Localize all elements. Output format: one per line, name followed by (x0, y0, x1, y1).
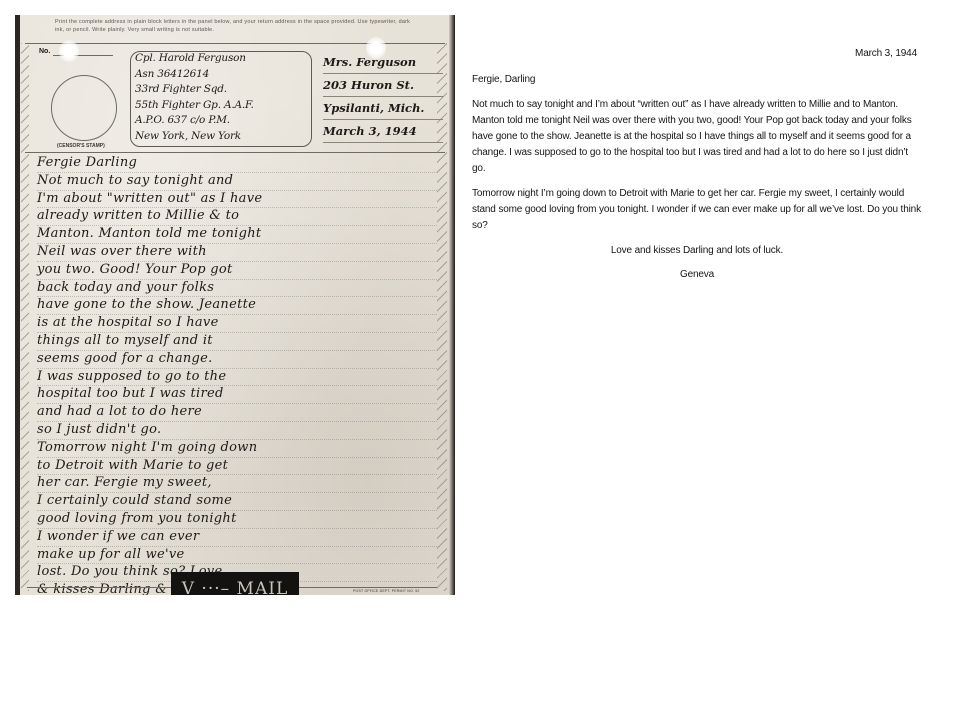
letter-date: March 3, 1944 (472, 46, 922, 62)
handwritten-line: have gone to the show. Jeanette (37, 297, 437, 315)
form-number-label: No. (39, 48, 50, 55)
recipient-address-line: A.P.O. 637 c/o P.M. (135, 113, 310, 129)
handwritten-line: hospital too but I was tired (37, 386, 437, 404)
letter-closing: Love and kisses Darling and lots of luck… (472, 243, 922, 259)
handwritten-line: I'm about "written out" as I have (37, 191, 437, 209)
handwritten-line: you two. Good! Your Pop got (37, 262, 437, 280)
sender-address: Mrs. Ferguson 203 Huron St. Ypsilanti, M… (323, 51, 443, 143)
tape-mark (59, 40, 79, 62)
handwritten-line: good loving from you tonight (37, 511, 437, 529)
handwritten-line: things all to myself and it (37, 333, 437, 351)
censor-stamp-label: (CENSOR'S STAMP) (57, 143, 105, 149)
letter-paragraph: Not much to say tonight and I’m about “w… (472, 97, 922, 177)
letter-salutation: Fergie, Darling (472, 72, 922, 88)
recipient-address-line: Cpl. Harold Ferguson (135, 51, 310, 67)
handwritten-line: her car. Fergie my sweet, (37, 475, 437, 493)
handwritten-line: Not much to say tonight and (37, 173, 437, 191)
recipient-address-line: 33rd Fighter Sqd. (135, 82, 310, 98)
letter-transcription: March 3, 1944 Fergie, Darling Not much t… (472, 46, 922, 283)
sender-street: 203 Huron St. (323, 74, 443, 97)
handwritten-line: already written to Millie & to (37, 208, 437, 226)
handwritten-letter-body: Fergie Darling Not much to say tonight a… (37, 155, 437, 595)
hatched-border-left (21, 43, 29, 591)
sender-city: Ypsilanti, Mich. (323, 97, 443, 120)
handwritten-line: so I just didn't go. (37, 422, 437, 440)
handwritten-line: back today and your folks (37, 280, 437, 298)
handwritten-line: make up for all we've (37, 547, 437, 565)
handwritten-line: Fergie Darling (37, 155, 437, 173)
recipient-address-line: Asn 36412614 (135, 67, 310, 83)
handwritten-line: is at the hospital so I have (37, 315, 437, 333)
handwritten-line: Manton. Manton told me tonight (37, 226, 437, 244)
handwritten-line: I wonder if we can ever (37, 529, 437, 547)
handwritten-line: and had a lot to do here (37, 404, 437, 422)
vmail-stamp-label: V ···– MAIL (182, 579, 288, 595)
recipient-address-line: New York, New York (135, 129, 310, 145)
censor-stamp-circle (51, 75, 117, 141)
recipient-address: Cpl. Harold Ferguson Asn 36412614 33rd F… (135, 51, 310, 144)
handwritten-line: seems good for a change. (37, 351, 437, 369)
letter-paragraph: Tomorrow night I’m going down to Detroit… (472, 186, 922, 234)
sender-name: Mrs. Ferguson (323, 51, 443, 74)
form-instructions: Print the complete address in plain bloc… (55, 18, 415, 34)
handwritten-line: Tomorrow night I'm going down (37, 440, 437, 458)
vmail-letter-scan: Print the complete address in plain bloc… (15, 15, 455, 595)
handwritten-line: I certainly could stand some (37, 493, 437, 511)
letter-signature: Geneva (472, 267, 922, 283)
vmail-stamp: V ···– MAIL (171, 572, 299, 595)
handwritten-line: to Detroit with Marie to get (37, 458, 437, 476)
scan-edge-right (449, 15, 455, 595)
permit-text: POST OFFICE DEPT. PERMIT NO. 52 (353, 589, 420, 593)
sender-date: March 3, 1944 (323, 120, 443, 143)
handwritten-line: I was supposed to go to the (37, 369, 437, 387)
handwritten-line: Neil was over there with (37, 244, 437, 262)
recipient-address-line: 55th Fighter Gp. A.A.F. (135, 98, 310, 114)
scan-edge-left (15, 15, 20, 595)
